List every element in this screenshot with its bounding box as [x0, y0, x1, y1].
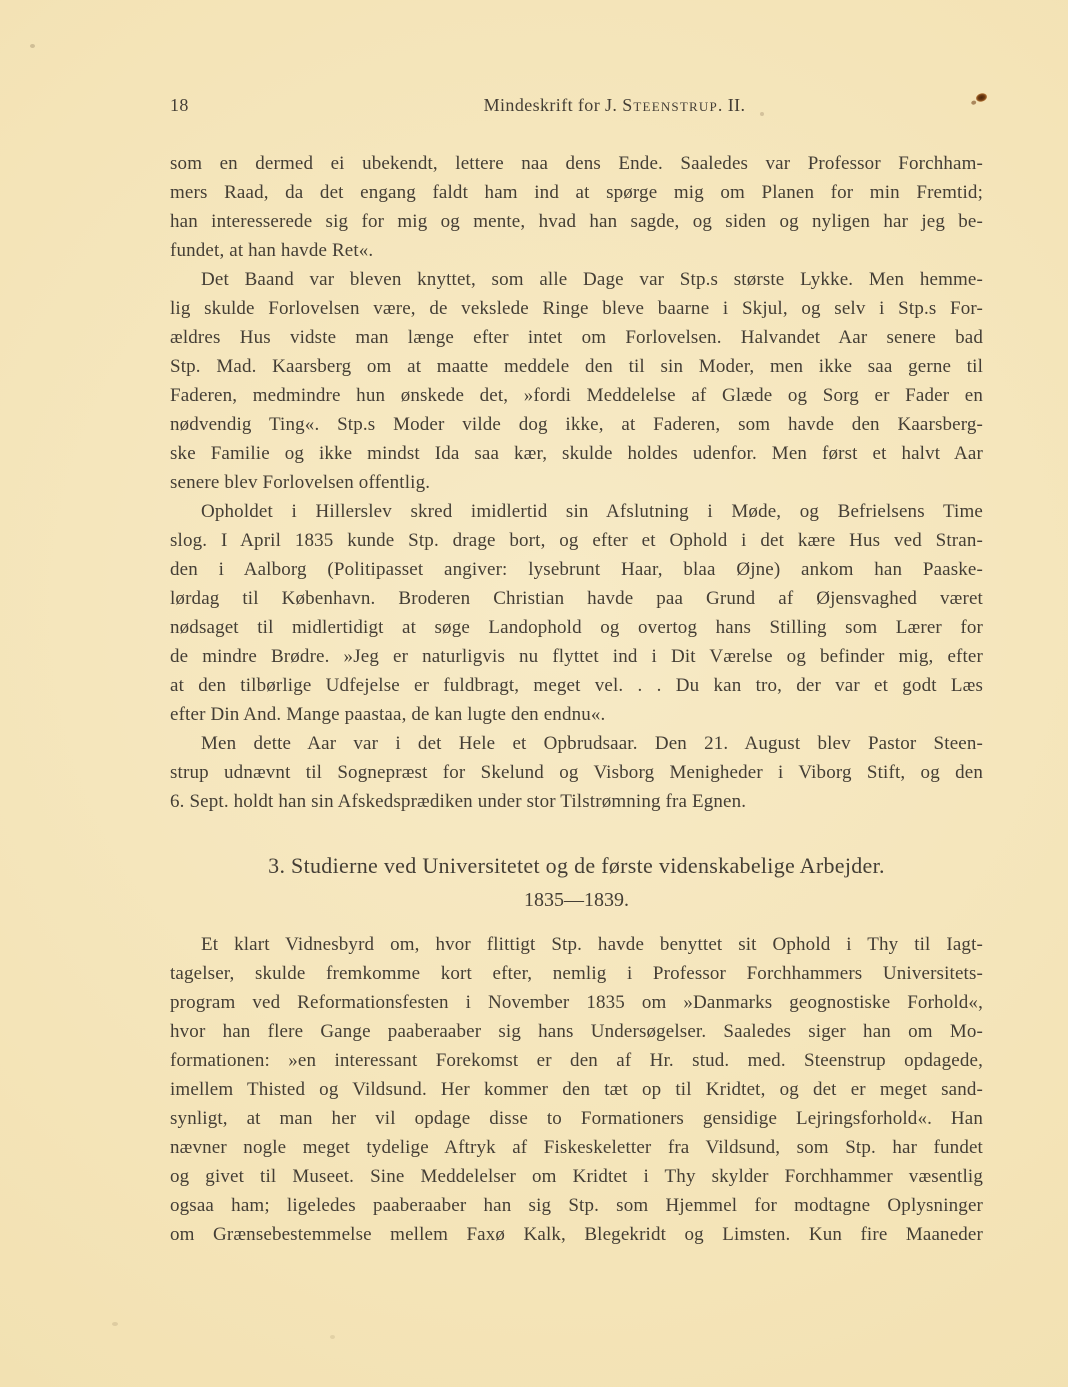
text-line: nævner nogle meget tydelige Aftryk af Fi… [170, 1133, 983, 1162]
text-line: han interesserede sig for mig og mente, … [170, 207, 983, 236]
text-line: nødvendig Ting«. Stp.s Moder vilde dog i… [170, 410, 983, 439]
text-line: tagelser, skulde fremkomme kort efter, n… [170, 959, 983, 988]
paper-speck [30, 44, 35, 48]
text-line: ske Familie og ikke mindst Ida saa kær, … [170, 439, 983, 468]
text-line: senere blev Forlovelsen offentlig. [170, 468, 983, 497]
paper-speck [330, 1335, 335, 1339]
text-line: og givet til Museet. Sine Meddelelser om… [170, 1162, 983, 1191]
running-title-post: . II. [718, 95, 746, 115]
section-heading: 3. Studierne ved Universitetet og de før… [170, 850, 983, 882]
text-line: 6. Sept. holdt han sin Afskedsprædiken u… [170, 787, 983, 816]
text-line: at den tilbørlige Udfejelse er fuldbragt… [170, 671, 983, 700]
text-line: den i Aalborg (Politipasset angiver: lys… [170, 555, 983, 584]
text-line: nødsaget til midlertidigt at søge Landop… [170, 613, 983, 642]
running-header: 18 Mindeskrift for J. Steenstrup. II. [170, 95, 983, 119]
text-line: Opholdet i Hillerslev skred imidlertid s… [170, 497, 983, 526]
text-line: de mindre Brødre. »Jeg er naturligvis nu… [170, 642, 983, 671]
text-line: Et klart Vidnesbyrd om, hvor flittigt St… [170, 930, 983, 959]
text-line: hvor han flere Gange paaberaaber sig han… [170, 1017, 983, 1046]
text-line: program ved Reformationsfesten i Novembe… [170, 988, 983, 1017]
text-line: synligt, at man her vil opdage disse to … [170, 1104, 983, 1133]
text-line: ældres Hus vidste man længe efter intet … [170, 323, 983, 352]
text-line: Men dette Aar var i det Hele et Opbrudsa… [170, 729, 983, 758]
text-line: Stp. Mad. Kaarsberg om at maatte meddele… [170, 352, 983, 381]
section-subtitle: 1835—1839. [170, 885, 983, 915]
text-line: lig skulde Forlovelsen være, de vekslede… [170, 294, 983, 323]
text-block: som en dermed ei ubekendt, lettere naa d… [170, 149, 983, 1249]
running-title-pre: Mindeskrift for J. [484, 95, 623, 115]
text-line: Det Baand var bleven knyttet, som alle D… [170, 265, 983, 294]
text-line: fundet, at han havde Ret«. [170, 236, 983, 265]
text-line: Faderen, medmindre hun ønskede det, »for… [170, 381, 983, 410]
paper-speck [112, 1322, 118, 1326]
text-line: mers Raad, da det engang faldt ham ind a… [170, 178, 983, 207]
text-line: om Grænsebestemmelse mellem Faxø Kalk, B… [170, 1220, 983, 1249]
text-line: imellem Thisted og Vildsund. Her kommer … [170, 1075, 983, 1104]
paper-speck [760, 112, 764, 116]
text-line: som en dermed ei ubekendt, lettere naa d… [170, 149, 983, 178]
text-line: lørdag til København. Broderen Christian… [170, 584, 983, 613]
page-number: 18 [170, 95, 189, 116]
running-title: Mindeskrift for J. Steenstrup. II. [208, 95, 1021, 116]
text-line: efter Din And. Mange paastaa, de kan lug… [170, 700, 983, 729]
scanned-book-page: 18 Mindeskrift for J. Steenstrup. II. so… [0, 0, 1068, 1387]
text-line: formationen: »en interessant Forekomst e… [170, 1046, 983, 1075]
text-line: ogsaa ham; ligeledes paaberaaber han sig… [170, 1191, 983, 1220]
running-title-author-smallcaps: Steenstrup [622, 95, 718, 115]
text-line: slog. I April 1835 kunde Stp. drage bort… [170, 526, 983, 555]
text-line: strup udnævnt til Sognepræst for Skelund… [170, 758, 983, 787]
